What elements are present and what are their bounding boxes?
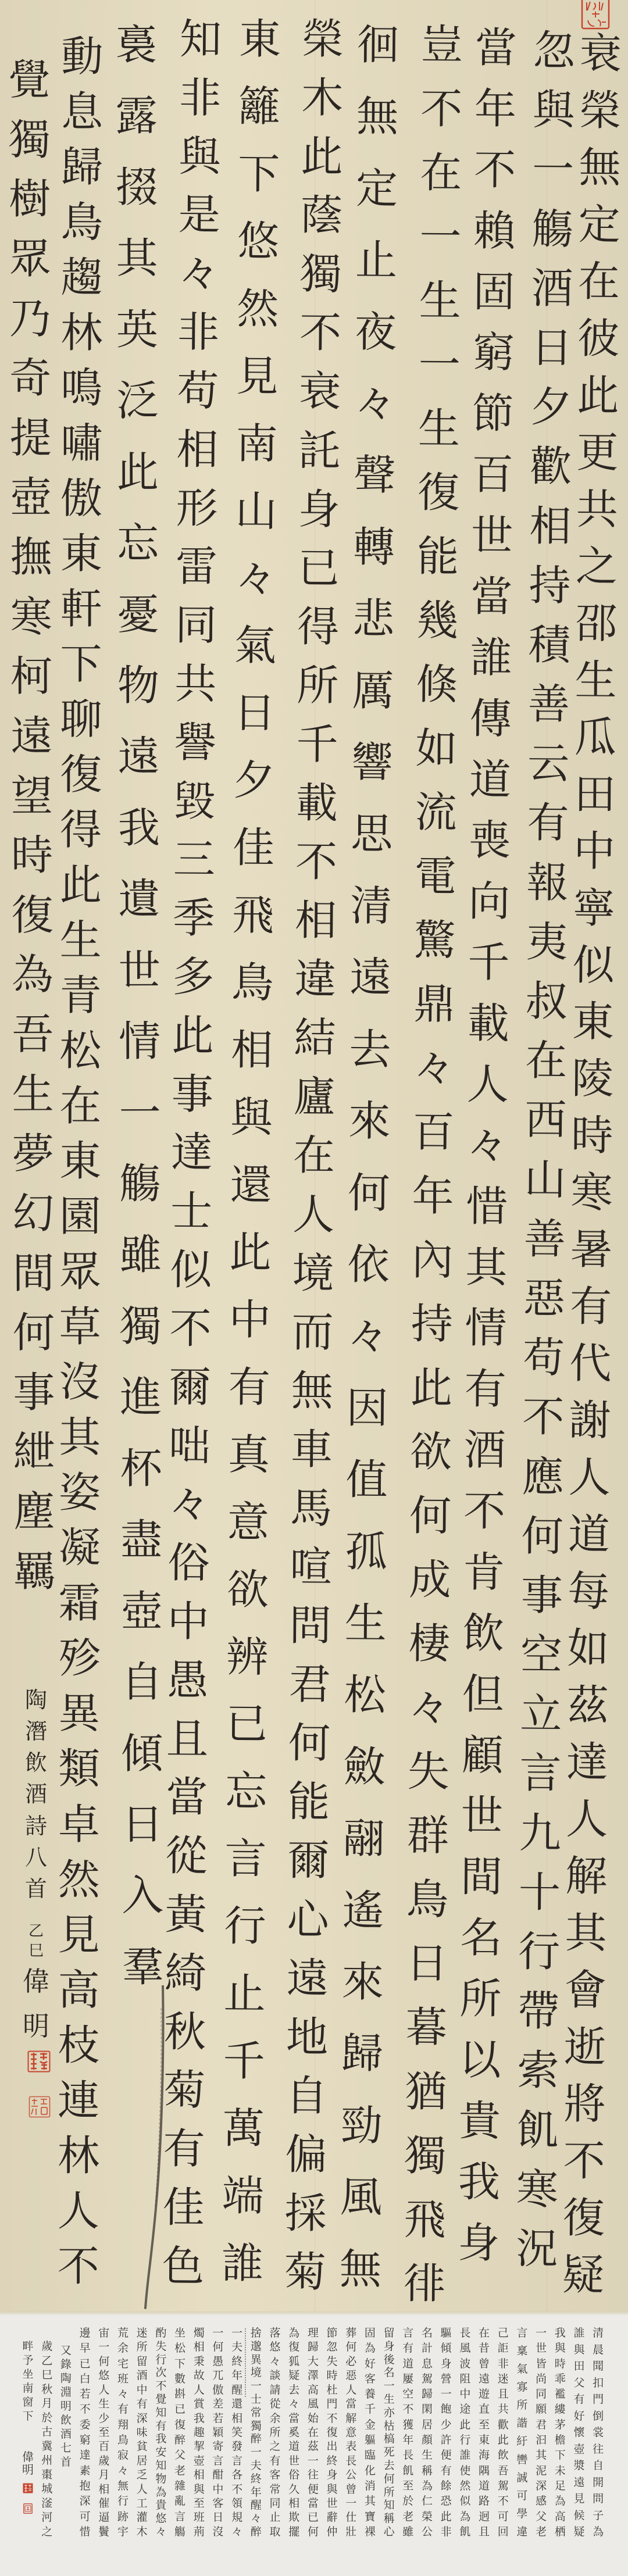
character: 顧 [461, 1733, 504, 1777]
character: 跡 [117, 2511, 129, 2523]
character: 世 [471, 514, 513, 558]
character: 笑 [231, 2427, 242, 2439]
character: 人 [467, 1063, 509, 1106]
character: 河 [41, 2511, 52, 2524]
transcription-signature: 偉明 [22, 2451, 34, 2476]
character: 不 [155, 2380, 166, 2392]
character: 悲 [352, 597, 395, 641]
character: 相 [194, 2341, 205, 2353]
character: 節 [472, 392, 515, 435]
character: 松 [59, 1029, 101, 1072]
character: 久 [288, 2484, 299, 2496]
character: 飽 [441, 2403, 452, 2416]
character: 名 [384, 2367, 395, 2379]
character: 余 [117, 2342, 129, 2355]
character: 一 [418, 343, 461, 387]
character: 真 [228, 1432, 270, 1476]
character: 物 [117, 664, 159, 707]
character: 隅 [479, 2465, 490, 2477]
character: 間 [461, 1855, 503, 1899]
character: 風 [340, 2175, 383, 2219]
character: 領 [231, 2498, 242, 2510]
character: 俗 [288, 2469, 299, 2481]
character: 仁 [422, 2495, 433, 2507]
character: 始 [308, 2413, 319, 2425]
character: 子 [593, 2510, 604, 2522]
character: 錄 [60, 2359, 72, 2371]
character: 事 [171, 1072, 213, 1116]
character: 數 [174, 2373, 185, 2385]
character: 醉 [174, 2434, 185, 2446]
character: 悠 [98, 2370, 109, 2382]
character: 風 [459, 2342, 470, 2355]
character: 味 [137, 2427, 148, 2439]
character: 寒 [516, 2167, 559, 2211]
character: 止 [223, 1972, 266, 2016]
character: 駕 [422, 2373, 433, 2385]
character: 若 [80, 2388, 91, 2400]
transcription-column-7: 在昔曾遠遊直至東海隅道路迥且 [474, 2327, 494, 2538]
character: 意 [227, 1500, 270, 1544]
character: 泥 [536, 2465, 547, 2477]
transcription-column-15: 節忽失時杜門不復出終身與世辭仲 [323, 2327, 342, 2538]
character: 客 [365, 2373, 376, 2385]
character: 此 [498, 2434, 509, 2446]
character: 在 [420, 151, 462, 195]
character: 大 [308, 2356, 319, 2368]
transcription-column-8: 長風波阻中途此行誰使然似為飢 [456, 2327, 475, 2538]
character: 辨 [226, 1635, 269, 1678]
character: 幻 [12, 1192, 54, 1235]
character: 相 [231, 2413, 242, 2425]
character: 同 [536, 2388, 547, 2400]
character: 明 [60, 2400, 72, 2413]
character: 陶 [25, 1688, 47, 1712]
character: 謝 [569, 1399, 611, 1442]
character: 班 [117, 2373, 129, 2385]
character: 與 [573, 2344, 584, 2356]
character: 挈 [194, 2441, 205, 2453]
character: 失 [407, 1750, 449, 1793]
character: 沒 [59, 1360, 101, 1403]
character: 襤 [555, 2388, 566, 2400]
character: 流 [415, 791, 457, 834]
character: 己 [498, 2327, 509, 2339]
character: 情 [119, 1020, 160, 1063]
character: 誰 [470, 635, 512, 679]
character: 遠 [349, 956, 392, 999]
character: 覺 [8, 58, 50, 101]
character: 屢 [402, 2373, 413, 2385]
transcription-column-24: 酌失行次不覺知有我安知物為貴悠々 [152, 2327, 171, 2538]
character: 壯 [345, 2526, 356, 2538]
character: 余 [269, 2413, 280, 2425]
character: 在 [308, 2427, 319, 2439]
character: 裛 [115, 23, 157, 66]
transcription-seal-2 [23, 2503, 33, 2514]
character: 憂 [117, 592, 159, 635]
character: 去 [384, 2460, 395, 2472]
character: 心 [287, 1898, 329, 1941]
character: 公 [345, 2469, 356, 2481]
character: 開 [593, 2477, 604, 2489]
character: 譽 [174, 720, 216, 764]
character: 身 [458, 2221, 500, 2264]
character: 飢 [459, 2526, 470, 2538]
character: 遠 [117, 735, 159, 778]
character: 窮 [80, 2434, 91, 2446]
character: 誠 [516, 2472, 527, 2484]
character: 辭 [327, 2511, 338, 2524]
character: 此 [441, 2511, 452, 2523]
character: 首 [25, 1877, 47, 1901]
colophon-line-3: 畔予坐南窗下 [23, 2341, 34, 2423]
character: 觴 [531, 207, 574, 251]
character: 言 [212, 2455, 223, 2467]
character: 心 [384, 2526, 395, 2538]
character: 異 [251, 2354, 262, 2366]
character: 秋 [41, 2384, 52, 2396]
character: 終 [251, 2473, 262, 2485]
character: 酣 [212, 2469, 223, 2481]
character: 道 [288, 2441, 299, 2453]
character: 不 [231, 2484, 242, 2496]
character: 往 [308, 2469, 319, 2481]
character: 人 [58, 2189, 99, 2232]
character: 苟 [523, 1336, 565, 1380]
character: 此 [411, 1366, 453, 1410]
character: 高 [555, 2511, 566, 2523]
character: 東 [479, 2434, 490, 2446]
character: 卓 [58, 1802, 100, 1845]
character: 形 [176, 486, 218, 530]
character: 遠 [479, 2373, 490, 2385]
character: 解 [565, 1855, 608, 1898]
character: 滏 [41, 2498, 52, 2510]
character: 高 [308, 2384, 319, 2396]
character: 行 [155, 2354, 166, 2366]
character: 枝 [58, 2023, 99, 2066]
character: 露 [116, 94, 158, 137]
character: 樹 [9, 177, 51, 220]
character: 惡 [523, 1277, 566, 1320]
character: 回 [498, 2526, 509, 2538]
character: 車 [291, 1428, 333, 1471]
character: 發 [231, 2441, 242, 2453]
character: 一 [532, 148, 575, 191]
character: 日 [122, 1803, 163, 1846]
character: 東 [239, 17, 281, 61]
character: 善 [528, 683, 570, 726]
character: 杜 [327, 2384, 338, 2396]
character: 知 [155, 2460, 166, 2472]
character: 名 [460, 1916, 502, 1960]
character: 賞 [194, 2398, 205, 2410]
character: 雖 [402, 2526, 413, 2538]
character: 響 [351, 741, 394, 784]
character: 寄 [212, 2441, 223, 2453]
character: 我 [194, 2413, 205, 2425]
character: 為 [459, 2511, 470, 2523]
character: 窮 [472, 331, 515, 374]
character: 傳 [469, 696, 512, 740]
character: 貴 [459, 2099, 501, 2142]
character: 獨 [9, 118, 51, 161]
character: 惡 [345, 2370, 356, 2382]
character: 仲 [327, 2526, 338, 2538]
character: 遊 [479, 2388, 490, 2400]
character: 羈 [13, 1549, 55, 1592]
character: 此 [229, 1231, 272, 1274]
character: 所 [459, 1977, 502, 2021]
character: 百 [98, 2441, 109, 2453]
character: 相 [288, 2498, 299, 2510]
character: 言 [224, 1837, 267, 1881]
transcription-column-5: 言稟氣寡所諧紆轡誠可學違 [513, 2327, 532, 2538]
character: 與 [194, 2484, 205, 2496]
character: 歲 [98, 2455, 109, 2467]
character: 盡 [120, 1518, 162, 1561]
character: 聞 [593, 2360, 604, 2373]
character: 年 [251, 2486, 262, 2499]
character: 歸 [308, 2341, 319, 2353]
character: 裸 [365, 2526, 376, 2538]
character: 不 [80, 2403, 91, 2416]
character: 菊 [284, 2250, 327, 2294]
character: 少 [441, 2419, 452, 2431]
character: 茅 [555, 2419, 566, 2431]
character: 壺 [120, 1589, 162, 1632]
character: 月 [98, 2469, 109, 2481]
character: 寧 [573, 886, 615, 930]
character: 是 [178, 193, 220, 237]
character: 酒 [137, 2370, 148, 2382]
character: 載 [467, 1002, 509, 1045]
character: 清 [593, 2327, 604, 2339]
character: 年 [231, 2370, 242, 2382]
character: 高 [58, 1968, 99, 2011]
transcription-column-21: 一何愚兀傲差若穎寄言酣中客日沒 [209, 2327, 228, 2538]
character: 固 [473, 270, 515, 313]
character: 止 [355, 238, 398, 282]
character: 若 [212, 2413, 223, 2425]
character: 異 [58, 1692, 100, 1735]
character: 中 [573, 829, 616, 873]
transcription-column-1: 清晨聞扣門倒裳往自開問子為 [588, 2327, 608, 2538]
character: 至 [98, 2427, 109, 2439]
character: 與 [230, 1096, 273, 1139]
character: 清 [350, 884, 392, 928]
character: 人 [566, 1798, 608, 1841]
character: 名 [422, 2327, 433, 2339]
character: 黃 [165, 1893, 207, 1937]
character: 陵 [572, 1057, 614, 1101]
character: 相 [231, 1028, 273, 1072]
character: 誰 [573, 2327, 584, 2339]
character: 鼎 [413, 982, 456, 1026]
character: 壺 [194, 2455, 205, 2467]
character: 化 [365, 2465, 376, 2477]
character: 暮 [405, 2006, 448, 2049]
character: 風 [308, 2398, 319, 2410]
character: 至 [402, 2480, 413, 2492]
character: 身 [298, 487, 340, 531]
character: 深 [80, 2495, 91, 2507]
character: 南 [23, 2382, 34, 2395]
character: 世 [461, 1794, 504, 1838]
character: 違 [516, 2526, 527, 2538]
character: 為 [12, 953, 53, 996]
character: 聊 [60, 698, 102, 741]
character: 內 [411, 1238, 454, 1282]
character: 可 [498, 2511, 509, 2523]
character: 一 [308, 2455, 319, 2467]
character: 見 [573, 2493, 584, 2505]
character: 曾 [345, 2484, 356, 2496]
character: 飲 [25, 1750, 47, 1775]
character: 何 [348, 1171, 390, 1214]
character: 共 [576, 488, 619, 531]
transcription-column-6: 己詎非迷且共歡此飲吾駕不可回 [494, 2327, 513, 2538]
character: 下 [555, 2449, 566, 2461]
character: 荒 [117, 2327, 129, 2339]
character: 何 [13, 1311, 55, 1354]
character: 道 [479, 2480, 490, 2492]
character: 恐 [441, 2495, 452, 2507]
character: 不 [169, 1307, 212, 1350]
character: 因 [346, 1386, 388, 1430]
character: 以 [459, 2038, 501, 2082]
character: 東 [60, 532, 102, 575]
character: 不 [299, 311, 342, 355]
character: 葬 [345, 2327, 356, 2339]
transcription-column-27: 宙一何悠人生少至百歲月相催逼鬢 [94, 2327, 113, 2538]
character: 氣 [516, 2363, 527, 2375]
character: 澤 [308, 2370, 319, 2382]
character: 門 [593, 2393, 604, 2406]
character: 八 [25, 1845, 47, 1870]
character: 達 [566, 1741, 609, 1784]
character: 獨 [300, 252, 342, 296]
character: 言 [516, 2327, 527, 2339]
character: 杯 [120, 1447, 162, 1490]
character: 許 [441, 2434, 452, 2446]
character: 偏 [285, 2132, 327, 2176]
character: 日 [406, 1942, 448, 1985]
character: 栖 [555, 2526, 566, 2538]
calligraphy-column-9: 裛露掇其英泛此忘憂物遠我遺世情一觴雖獨進杯盡壺自傾日入羣 [108, 23, 171, 1988]
character: 倏 [416, 663, 458, 706]
character: 深 [137, 2413, 148, 2425]
character: 寶 [365, 2511, 376, 2523]
character: 疑 [288, 2370, 299, 2382]
character: 見 [58, 1913, 100, 1956]
character: 夫 [251, 2460, 262, 2472]
deletion-marks [243, 2328, 246, 2397]
character: 駕 [498, 2480, 509, 2492]
character: 驅 [441, 2327, 452, 2339]
character: 歸 [341, 2032, 384, 2075]
character: 各 [231, 2469, 242, 2481]
character: 間 [13, 1251, 55, 1294]
character: 乙 [41, 2355, 52, 2367]
transcription-column-19: 捨邈異境一士常獨醉一夫終年醒々醉 [247, 2327, 266, 2538]
character: 々 [408, 1686, 450, 1730]
character: 況 [516, 2227, 558, 2271]
character: 計 [422, 2342, 433, 2355]
character: 定 [356, 167, 398, 210]
character: 提 [10, 416, 52, 459]
character: 年 [474, 87, 517, 131]
character: 州 [41, 2454, 52, 2467]
character: 獨 [404, 2134, 447, 2177]
artist-name-seal [27, 2050, 51, 2073]
character: 眾 [59, 1250, 101, 1293]
character: 榮 [302, 17, 344, 61]
character: 動 [61, 35, 103, 78]
character: 傾 [121, 1731, 163, 1774]
character: 道 [568, 1513, 611, 1556]
character: 年 [402, 2434, 413, 2446]
character: 稱 [422, 2465, 433, 2477]
character: 共 [174, 662, 217, 706]
character: 此 [172, 1014, 214, 1057]
character: 生 [344, 1602, 387, 1645]
character: 思 [351, 812, 393, 856]
character: 有 [464, 1367, 506, 1411]
character: 鳥 [61, 201, 103, 244]
character: 相 [176, 427, 219, 471]
character: 忽 [327, 2341, 338, 2353]
character: 知 [180, 17, 222, 61]
character: 然 [58, 1857, 100, 1900]
character: 殄 [58, 1637, 100, 1680]
character: 閑 [422, 2403, 433, 2416]
character: 已 [308, 2511, 319, 2524]
character: 至 [479, 2419, 490, 2431]
character: 可 [80, 2511, 91, 2523]
character: 獨 [120, 1305, 162, 1348]
character: 善 [523, 1217, 566, 1260]
character: 喧 [290, 1545, 332, 1589]
character: 為 [422, 2480, 433, 2492]
character: 檐 [555, 2434, 566, 2446]
character: 昔 [479, 2342, 490, 2355]
character: 且 [479, 2526, 490, 2538]
character: 從 [165, 1834, 208, 1878]
character: 々 [251, 2513, 262, 2525]
header-seal [580, 0, 612, 30]
character: 世 [119, 949, 160, 992]
character: 々 [117, 2465, 129, 2477]
character: 悠 [155, 2513, 166, 2525]
character: 千 [223, 2039, 265, 2083]
character: 道 [402, 2358, 413, 2370]
character: 人 [194, 2384, 205, 2396]
character: 我 [555, 2327, 566, 2339]
character: 灌 [137, 2511, 148, 2524]
character: 不 [463, 1489, 506, 1533]
character: 下 [174, 2358, 185, 2370]
character: 報 [526, 860, 569, 904]
character: 餘 [441, 2480, 452, 2492]
character: 佳 [233, 826, 275, 870]
character: 消 [365, 2480, 376, 2492]
character: 無 [356, 95, 399, 138]
character: 槁 [384, 2433, 395, 2445]
character: 持 [411, 1302, 454, 1346]
character: 載 [295, 781, 338, 825]
